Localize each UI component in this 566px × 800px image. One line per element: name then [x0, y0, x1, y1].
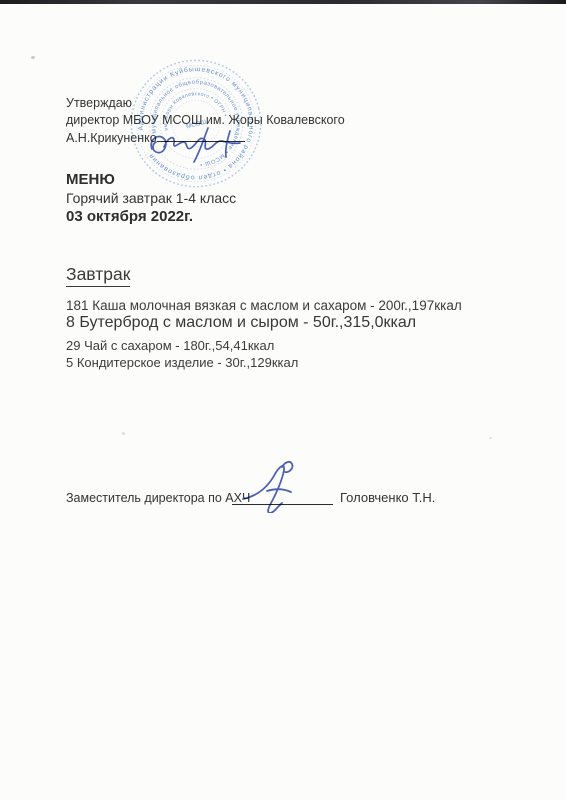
menu-date: 03 октября 2022г.	[66, 207, 193, 226]
meal-section-heading: Завтрак	[66, 264, 130, 287]
footer-person-name: Головченко Т.Н.	[340, 490, 435, 505]
footer-role-label: Заместитель директора по АХЧ	[66, 491, 250, 505]
scanned-menu-page: Утверждаю директор МБОУ МСОШ им. Жоры Ко…	[0, 0, 566, 800]
menu-item: 8 Бутерброд с маслом и сыром - 50г.,315,…	[66, 314, 416, 332]
menu-item: 5 Кондитерское изделие - 30г.,129ккал	[66, 355, 298, 370]
scan-speck	[489, 437, 492, 439]
scanner-edge-artifact	[0, 0, 566, 4]
footer-signature-ink	[238, 453, 318, 513]
director-signature-ink	[144, 123, 248, 165]
menu-title: МЕНЮ	[66, 170, 115, 189]
scan-speck	[122, 432, 125, 435]
scan-speck	[31, 56, 35, 59]
menu-item: 29 Чай с сахаром - 180г.,54,41ккал	[66, 338, 274, 353]
menu-item: 181 Каша молочная вязкая с маслом и саха…	[66, 298, 462, 313]
menu-subtitle: Горячий завтрак 1-4 класс	[66, 189, 236, 208]
